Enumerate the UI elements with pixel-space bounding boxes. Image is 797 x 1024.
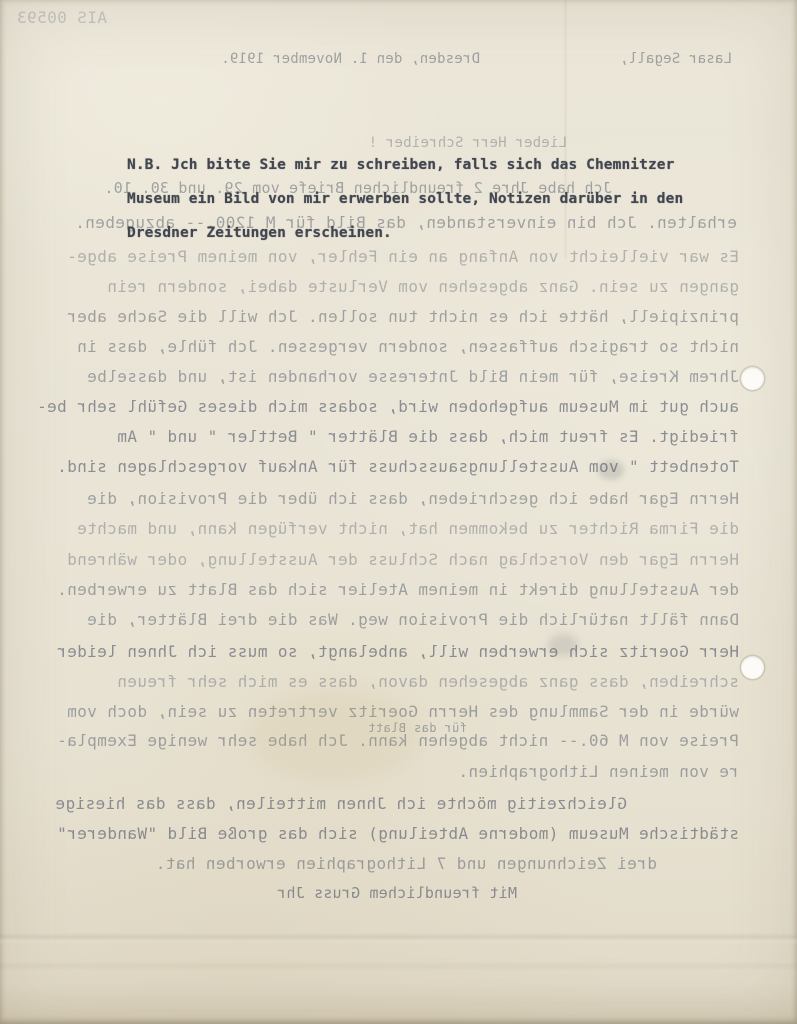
paper-stain <box>250 690 420 780</box>
postscript-line: Museum ein Bild von mir erwerben sollte,… <box>127 192 683 207</box>
punch-hole-bottom <box>741 656 764 679</box>
ink-smudge <box>598 460 624 480</box>
letter-scan-page: AIS 00593 Lasar Segall, Dresden, den 1. … <box>0 0 797 1024</box>
punch-hole-top <box>741 367 764 390</box>
bottom-fold-crease <box>0 962 797 970</box>
vertical-fold-crease <box>564 0 567 258</box>
ink-smudge <box>548 634 578 656</box>
postscript-line: Dresdner Zeitungen erscheinen. <box>127 226 392 241</box>
postscript-line: N.B. Jch bitte Sie mir zu schreiben, fal… <box>127 158 674 173</box>
bottom-fold-crease <box>0 933 797 945</box>
postscript-block: N.B. Jch bitte Sie mir zu schreiben, fal… <box>0 0 797 1024</box>
